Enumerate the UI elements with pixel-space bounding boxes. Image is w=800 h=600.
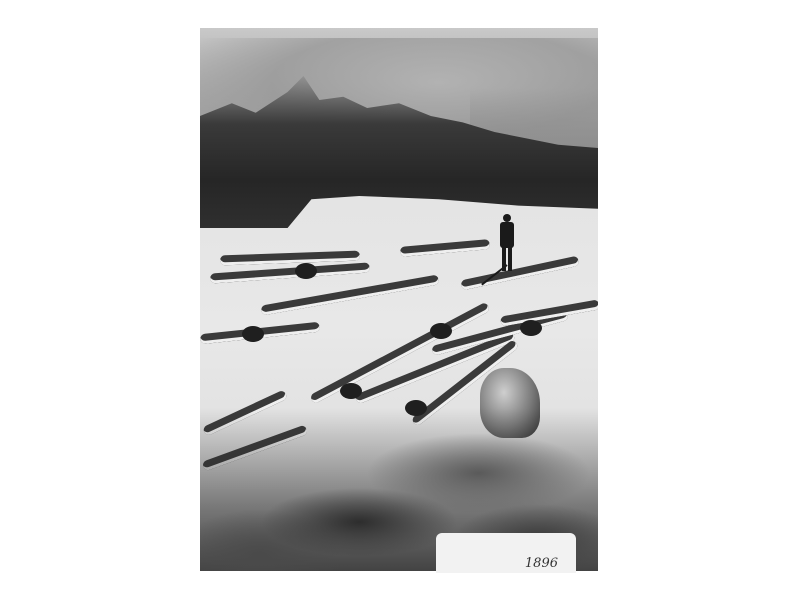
year-label: 1896 xyxy=(436,533,576,573)
historical-photo xyxy=(200,28,598,571)
log-driver-figure xyxy=(498,214,516,272)
year-text: 1896 xyxy=(525,556,558,571)
